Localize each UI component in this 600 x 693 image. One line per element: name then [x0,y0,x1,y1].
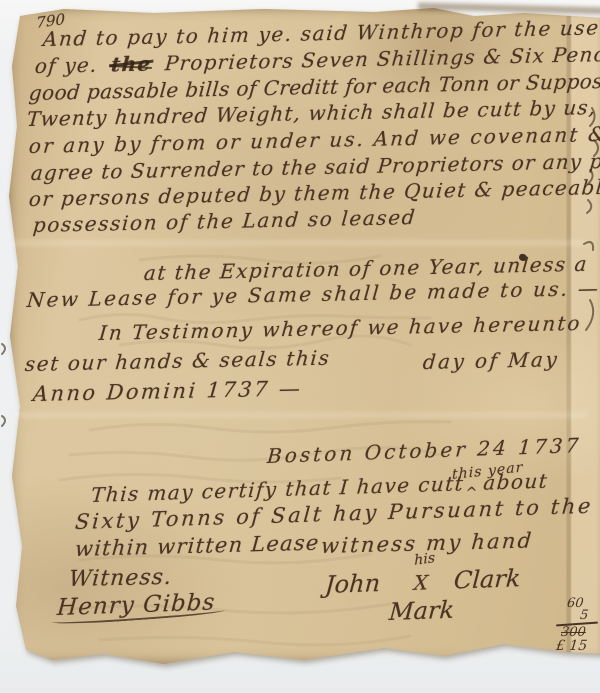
his-label: his [414,550,435,569]
horizontal-crease [12,240,587,246]
witness-name: Henry Gibbs [56,589,216,620]
witness-signature: Henry Gibbs [56,589,216,620]
tally-multiplier: 5 [579,608,589,623]
signature-mark-x: X [413,570,429,594]
tally-total: £ 15 [555,638,588,654]
struck-word: the [110,52,152,77]
document-scan: 790 And to pay to him ye. said Winthrop … [0,0,600,693]
line2-prefix: of ye. [34,53,99,78]
day-of-may-text: day of May [422,347,560,374]
horizontal-crease [12,412,587,418]
witness-label: Witness. [68,565,173,592]
mark-label: Mark [388,596,455,626]
signer-first-name: John [324,569,381,599]
signer-last-name: Clark [453,564,522,594]
certificate-line1-after: about [483,469,550,495]
